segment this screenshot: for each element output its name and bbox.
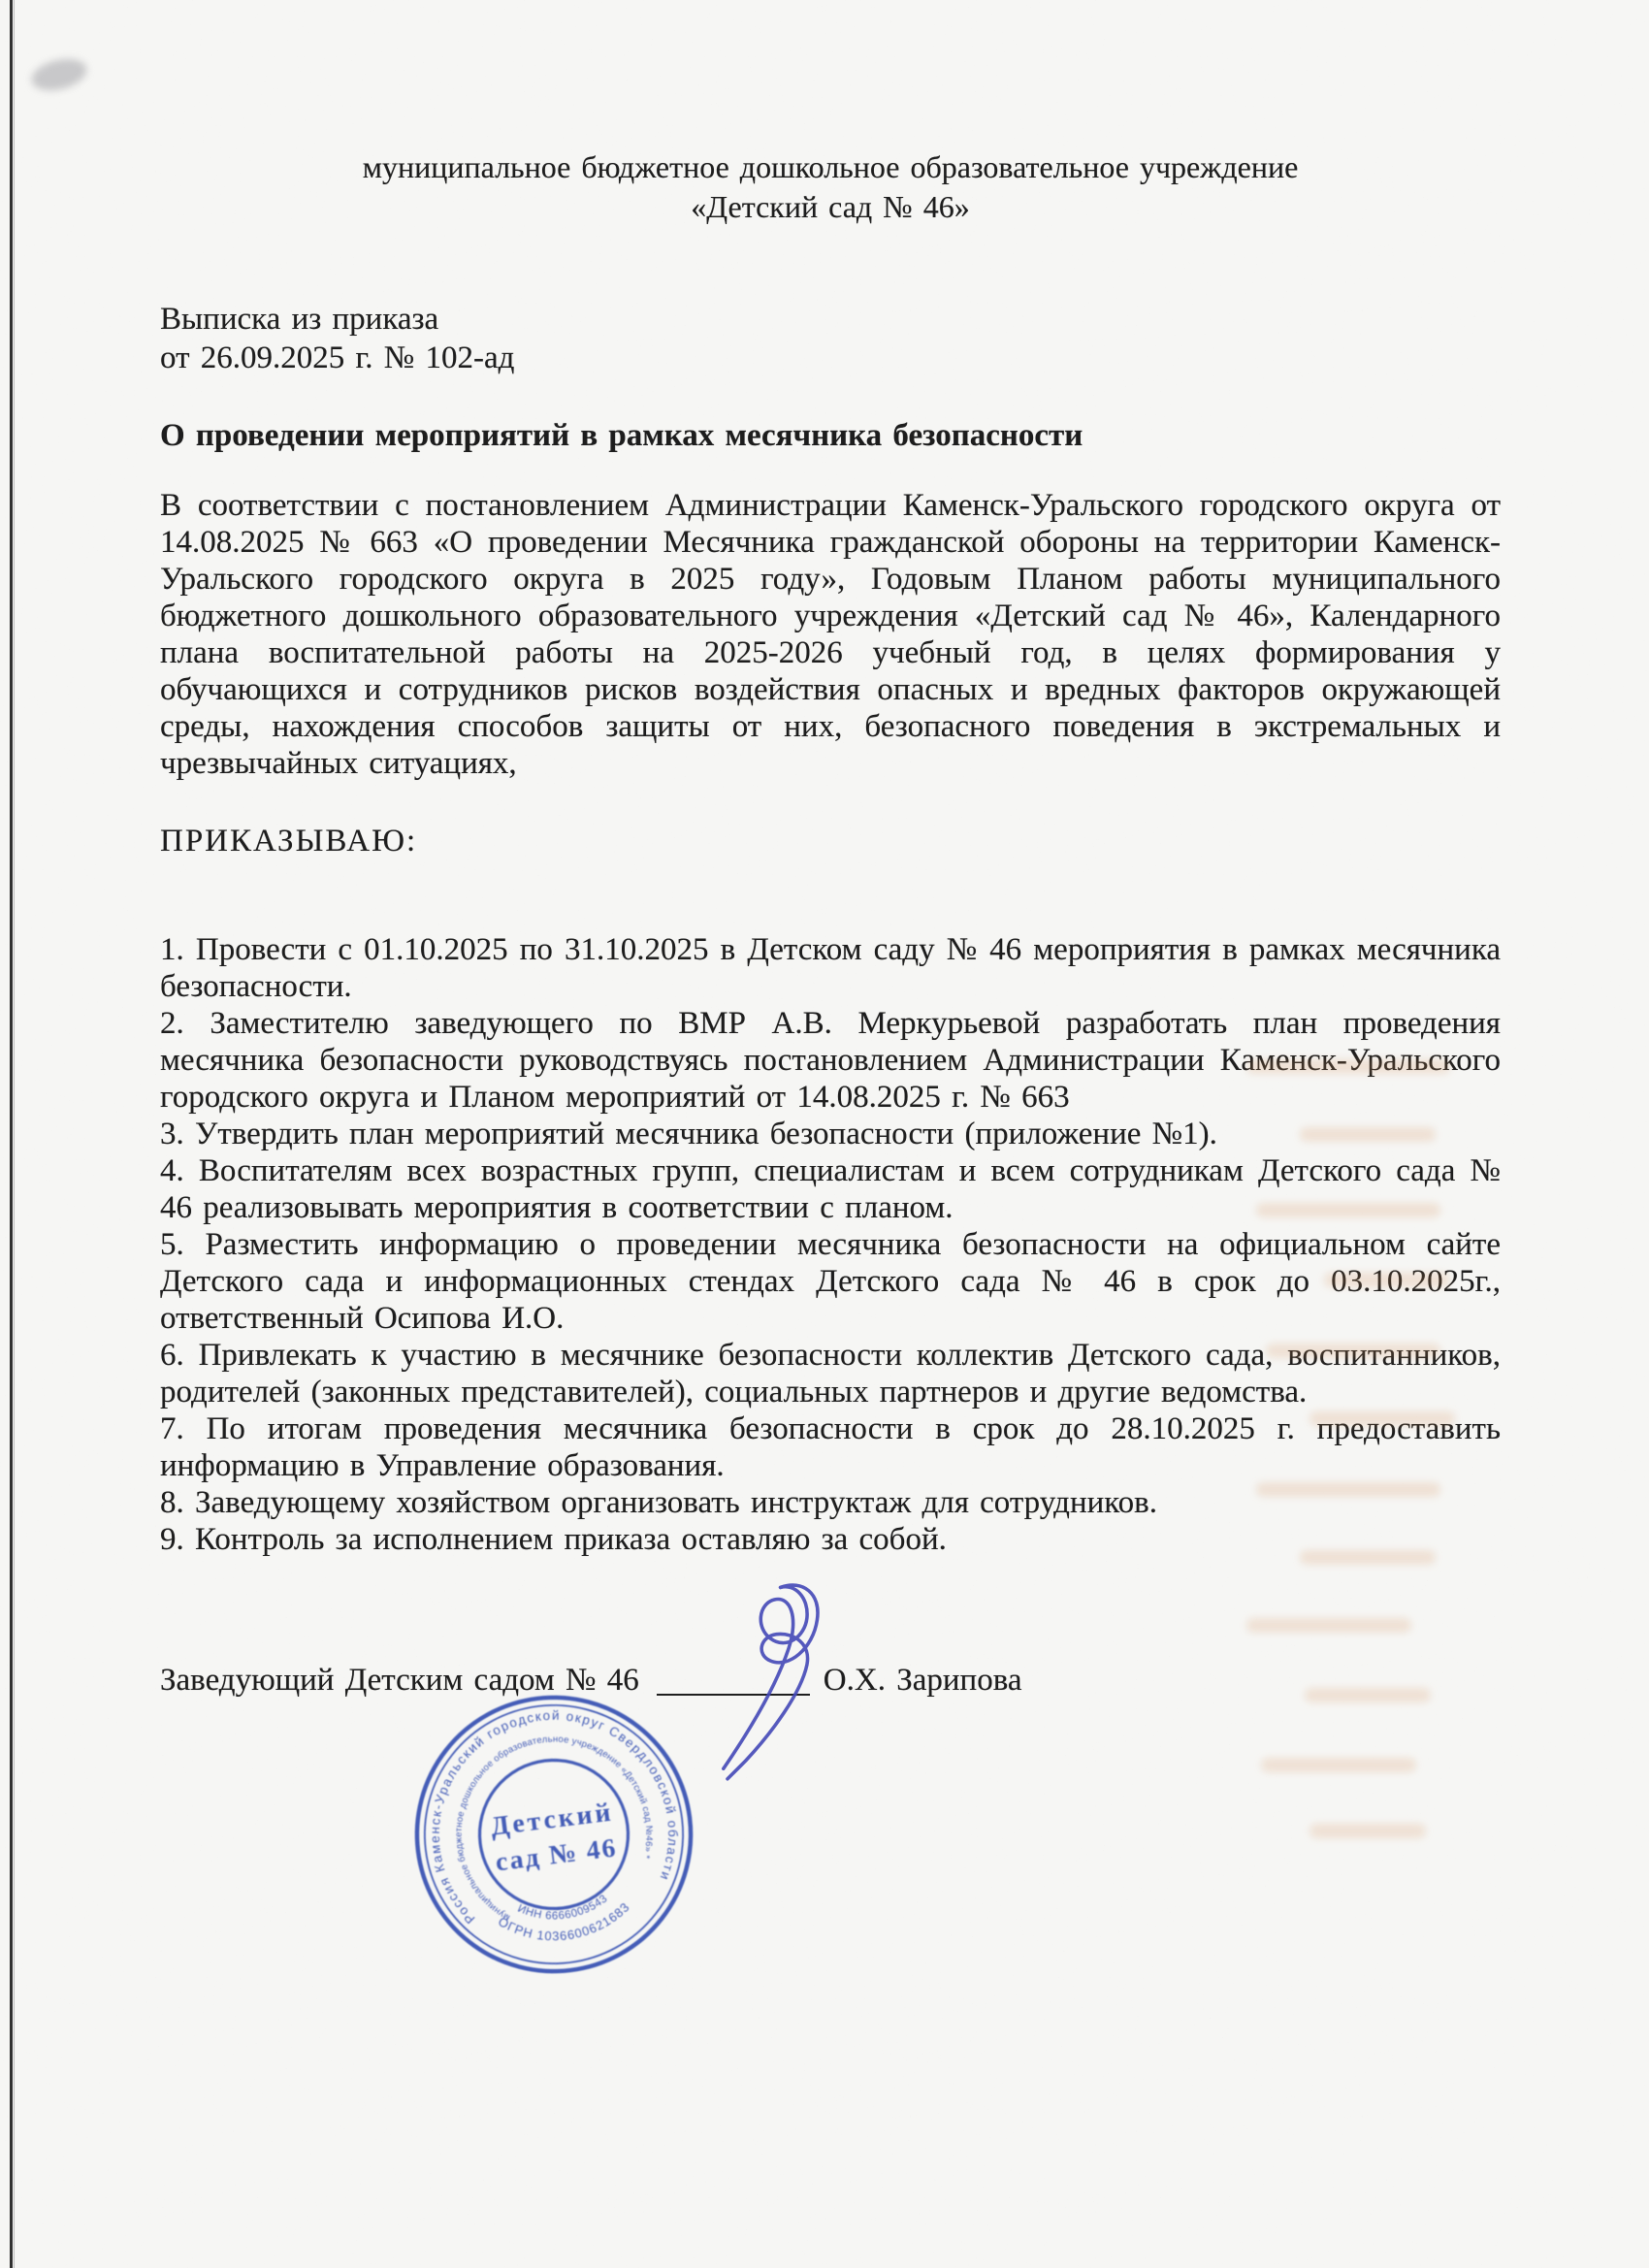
- org-name-line2: «Детский сад № 46»: [160, 187, 1501, 227]
- official-stamp: Россия Каменск-Уральский городской округ…: [393, 1673, 715, 1995]
- order-item: 3. Утвердить план мероприятий месячника …: [160, 1116, 1501, 1152]
- order-item: 1. Провести с 01.10.2025 по 31.10.2025 в…: [160, 931, 1501, 1005]
- org-header: муниципальное бюджетное дошкольное образ…: [160, 147, 1501, 227]
- decree-word: ПРИКАЗЫВАЮ:: [160, 823, 1501, 859]
- bleed-through-mark: [1309, 1824, 1426, 1838]
- doc-number: от 26.09.2025 г. № 102-ад: [160, 340, 1501, 376]
- order-item: 8. Заведующему хозяйством организовать и…: [160, 1484, 1501, 1521]
- svg-text:ОГРН 1036600621683: ОГРН 1036600621683: [495, 1898, 636, 1951]
- order-item: 7. По итогам проведения месячника безопа…: [160, 1410, 1501, 1484]
- subject-line: О проведении мероприятий в рамках месячн…: [160, 417, 1501, 454]
- bleed-through-mark: [1261, 1758, 1416, 1772]
- handwritten-signature: [687, 1579, 890, 1783]
- order-item: 4. Воспитателям всех возрастных групп, с…: [160, 1152, 1501, 1226]
- org-name-line1: муниципальное бюджетное дошкольное образ…: [160, 147, 1501, 187]
- doc-type: Выписка из приказа: [160, 301, 1501, 338]
- scanned-order-document: муниципальное бюджетное дошкольное образ…: [0, 0, 1649, 2268]
- order-item: 5. Разместить информацию о проведении ме…: [160, 1226, 1501, 1337]
- scan-edge-line: [10, 0, 13, 2268]
- order-item: 9. Контроль за исполнением приказа остав…: [160, 1521, 1501, 1558]
- bleed-through-mark: [1246, 1618, 1411, 1633]
- order-item: 6. Привлекать к участию в месячнике безо…: [160, 1337, 1501, 1410]
- order-item: 2. Заместителю заведующего по ВМР А.В. М…: [160, 1005, 1501, 1116]
- pencil-smudge: [28, 53, 90, 95]
- preamble-paragraph: В соответствии с постановлением Админист…: [160, 487, 1501, 782]
- order-items-list: 1. Провести с 01.10.2025 по 31.10.2025 в…: [160, 931, 1501, 1558]
- stamp-ogrn-text: ОГРН 1036600621683: [495, 1898, 636, 1951]
- scan-edge-shadow: [14, 0, 15, 2268]
